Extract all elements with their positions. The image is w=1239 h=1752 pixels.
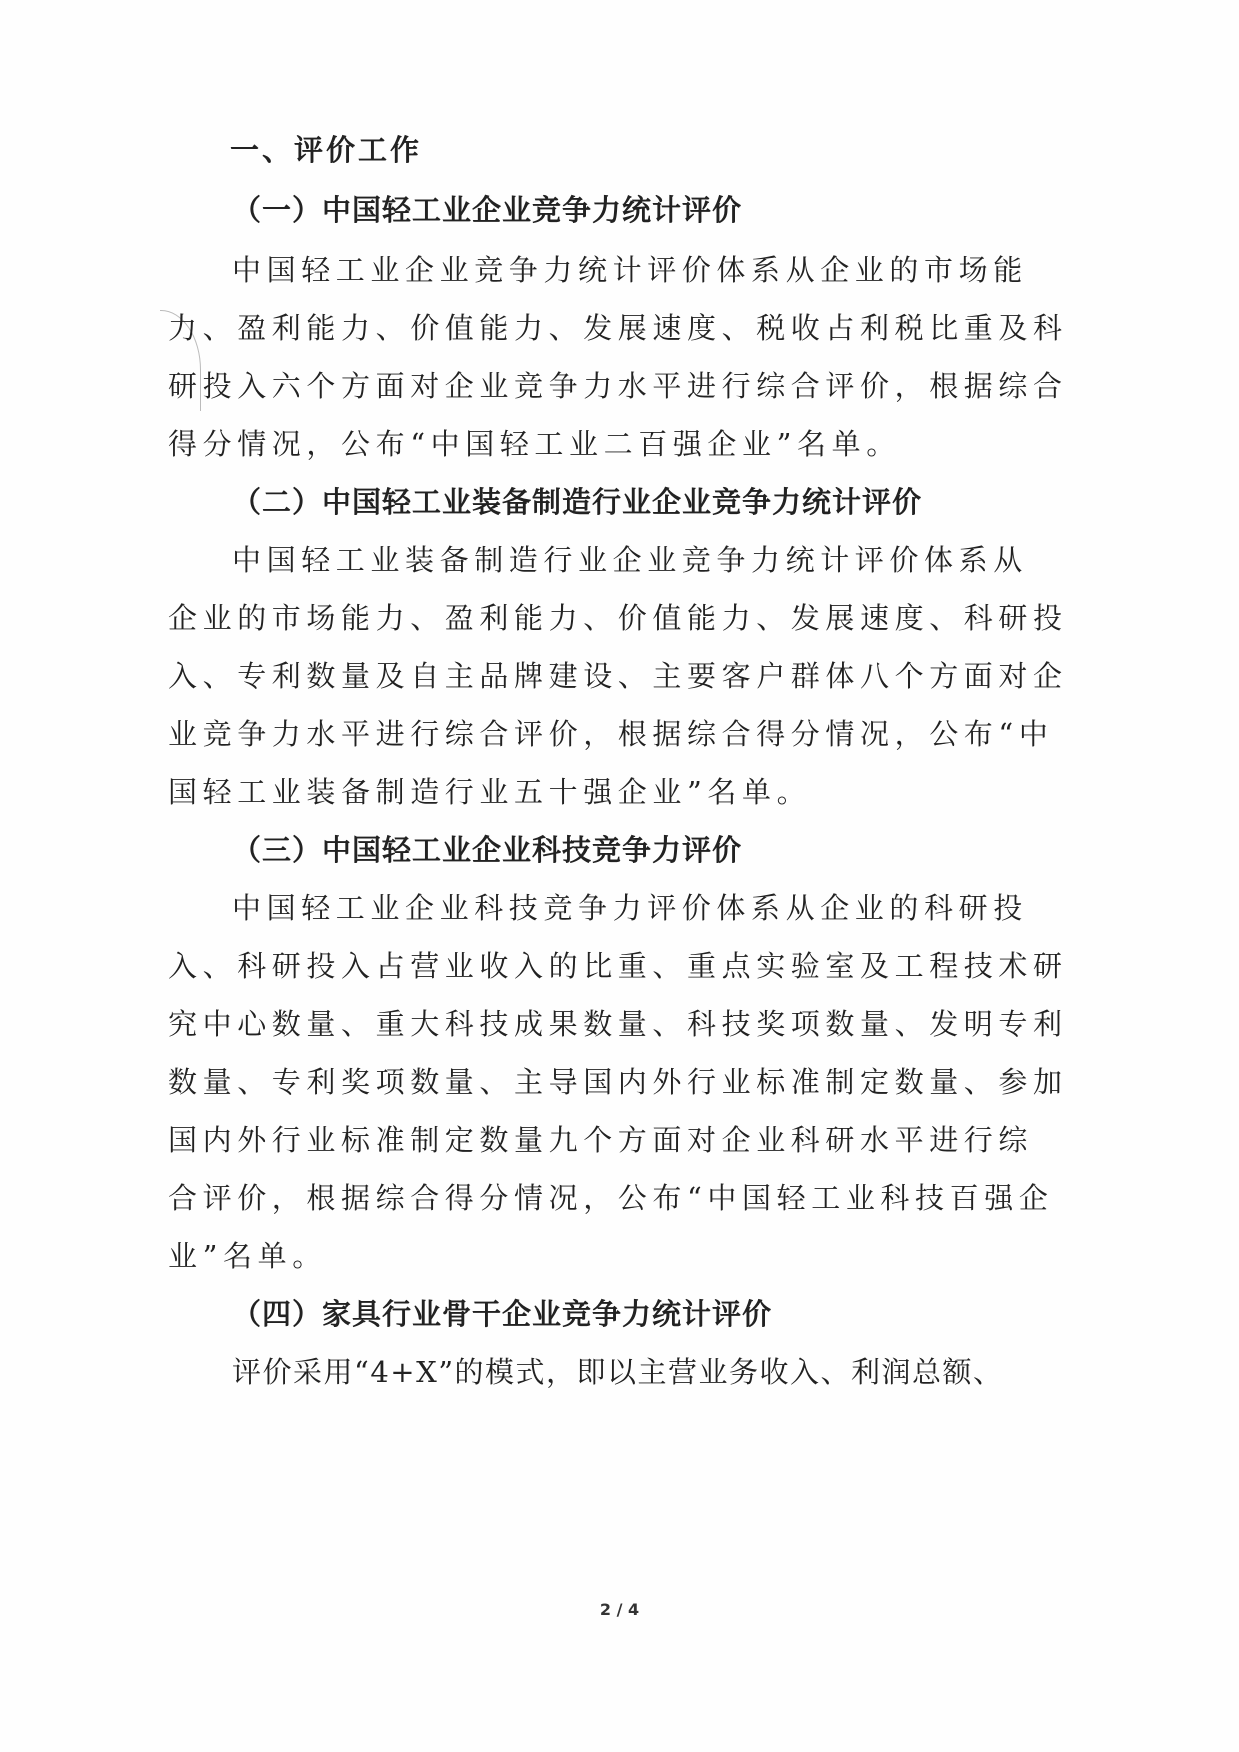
page-number: 2 / 4: [0, 1600, 1239, 1619]
paragraph-line: 国轻工业装备制造行业五十强企业”名单。: [168, 772, 1068, 812]
subsection-heading-1: （一）中国轻工业企业竞争力统计评价: [232, 190, 1132, 230]
paragraph-line: 入、科研投入占营业收入的比重、重点实验室及工程技术研: [168, 946, 1068, 986]
subsection-heading-4: （四）家具行业骨干企业竞争力统计评价: [232, 1294, 1132, 1334]
subsection-heading-3: （三）中国轻工业企业科技竞争力评价: [232, 830, 1132, 870]
paragraph-line: 数量、专利奖项数量、主导国内外行业标准制定数量、参加: [168, 1062, 1068, 1102]
paragraph-line: 得分情况，公布“中国轻工业二百强企业”名单。: [168, 424, 1068, 464]
paragraph-line: 业”名单。: [168, 1236, 1068, 1276]
paragraph-line: 中国轻工业企业科技竞争力评价体系从企业的科研投: [232, 888, 1132, 928]
paragraph-line: 中国轻工业装备制造行业企业竞争力统计评价体系从: [232, 540, 1132, 580]
paragraph-line: 究中心数量、重大科技成果数量、科技奖项数量、发明专利: [168, 1004, 1068, 1044]
paragraph-line: 研投入六个方面对企业竞争力水平进行综合评价，根据综合: [168, 366, 1068, 406]
section-title: 一、评价工作: [230, 130, 1130, 170]
document-page: 一、评价工作 （一）中国轻工业企业竞争力统计评价 中国轻工业企业竞争力统计评价体…: [0, 0, 1239, 1752]
paragraph-line: 合评价，根据综合得分情况，公布“中国轻工业科技百强企: [168, 1178, 1068, 1218]
paragraph-line: 业竞争力水平进行综合评价，根据综合得分情况，公布“中: [168, 714, 1068, 754]
paragraph-line: 企业的市场能力、盈利能力、价值能力、发展速度、科研投: [168, 598, 1068, 638]
paragraph-line: 力、盈利能力、价值能力、发展速度、税收占利税比重及科: [168, 308, 1068, 348]
subsection-heading-2: （二）中国轻工业装备制造行业企业竞争力统计评价: [232, 482, 1132, 522]
paragraph-line: 国内外行业标准制定数量九个方面对企业科研水平进行综: [168, 1120, 1068, 1160]
paragraph-line: 入、专利数量及自主品牌建设、主要客户群体八个方面对企: [168, 656, 1068, 696]
paragraph-line: 评价采用“4+X”的模式，即以主营业务收入、利润总额、: [232, 1352, 1132, 1392]
paragraph-line: 中国轻工业企业竞争力统计评价体系从企业的市场能: [232, 250, 1132, 290]
